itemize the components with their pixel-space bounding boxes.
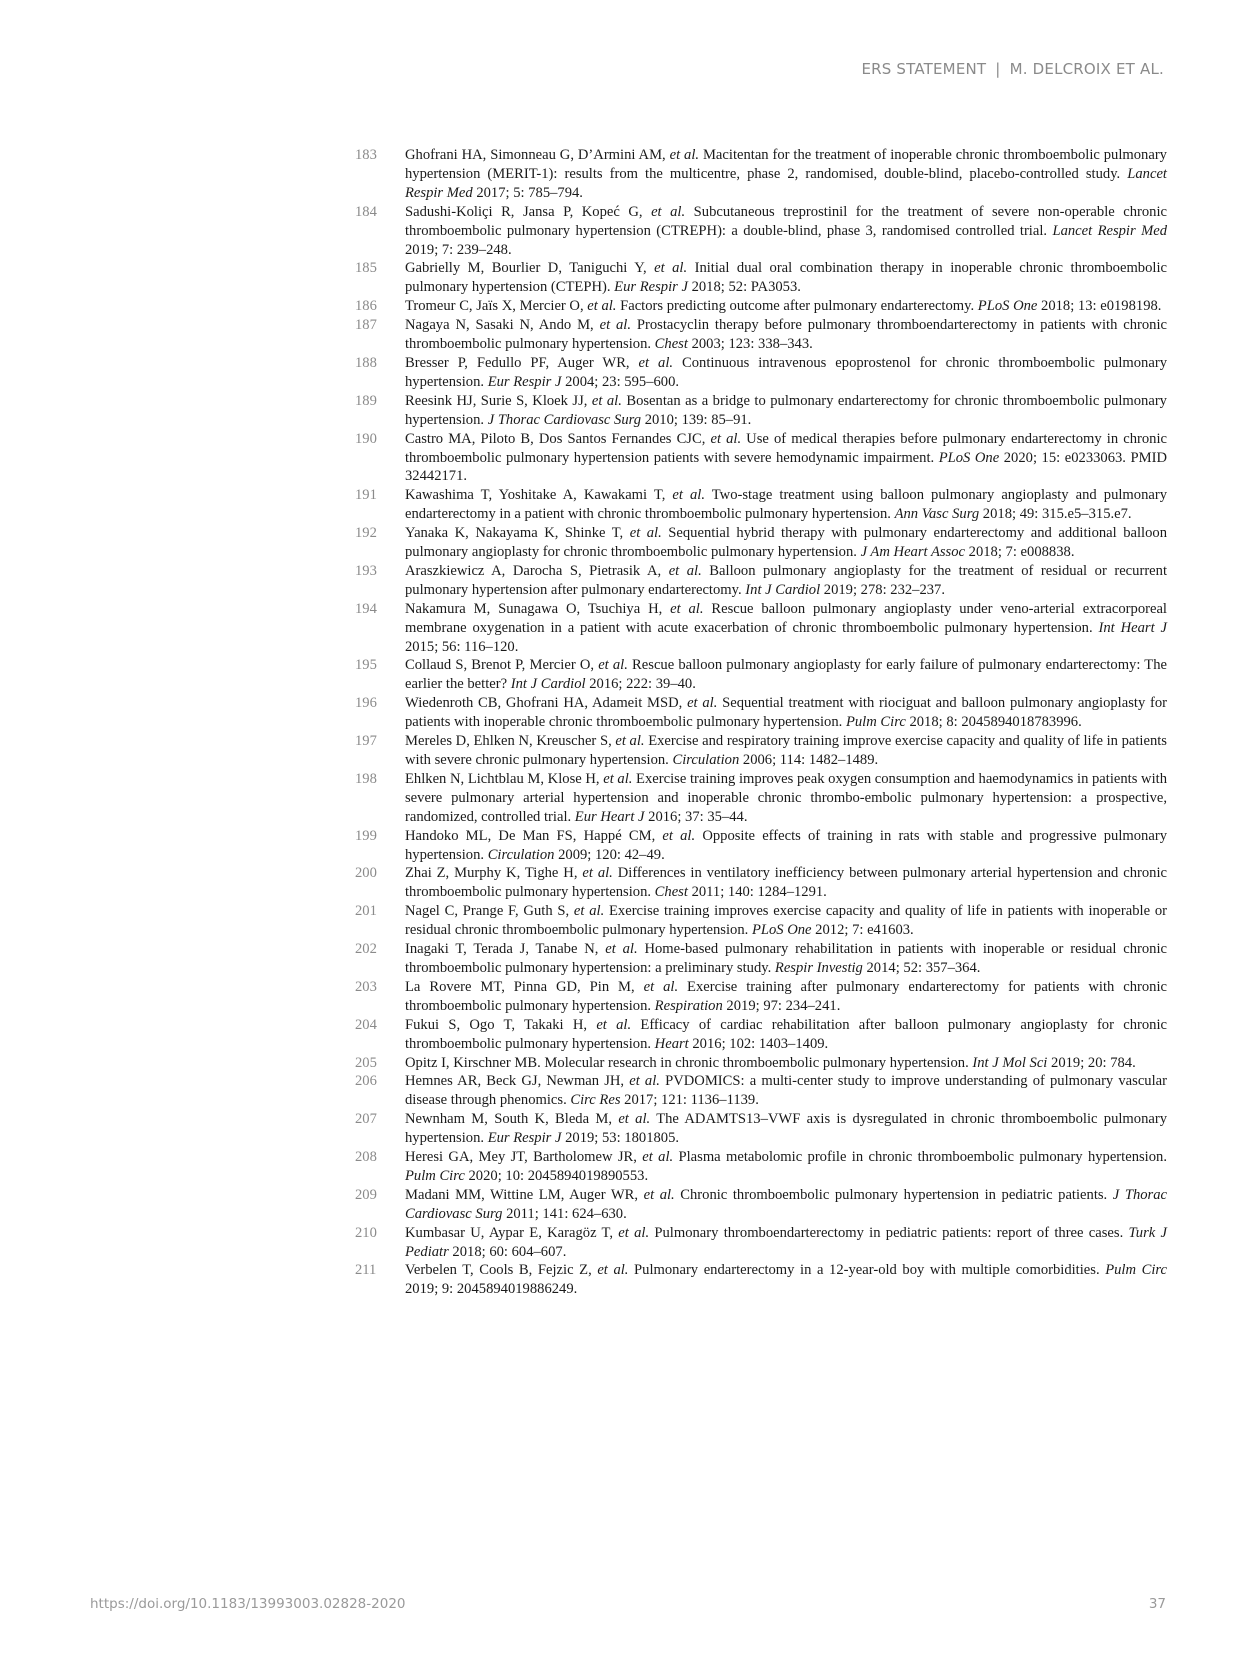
reference-et-al: et al.	[574, 903, 604, 919]
reference-et-al: et al.	[582, 865, 612, 881]
reference-et-al: et al.	[587, 298, 616, 314]
reference-journal: J Thorac Cardiovasc Surg	[488, 412, 641, 428]
header-section-label: ERS STATEMENT	[861, 60, 986, 78]
reference-number: 193	[355, 562, 405, 600]
reference-authors: Araszkiewicz A, Darocha S, Pietrasik A,	[405, 563, 669, 579]
reference-item: 206Hemnes AR, Beck GJ, Newman JH, et al.…	[355, 1072, 1167, 1110]
running-header: ERS STATEMENT|M. DELCROIX ET AL.	[861, 60, 1164, 78]
reference-et-al: et al.	[651, 204, 685, 220]
reference-item: 210Kumbasar U, Aypar E, Karagöz T, et al…	[355, 1224, 1167, 1262]
reference-authors: Wiedenroth CB, Ghofrani HA, Adameit MSD,	[405, 695, 687, 711]
reference-journal: Lancet Respir Med	[1052, 223, 1167, 239]
reference-et-al: et al.	[639, 355, 674, 371]
reference-citation: 2019; 278: 232–237.	[820, 582, 945, 598]
reference-et-al: et al.	[687, 695, 717, 711]
reference-citation: 2018; 49: 315.e5–315.e7.	[979, 506, 1131, 522]
reference-number: 210	[355, 1224, 405, 1262]
reference-item: 195Collaud S, Brenot P, Mercier O, et al…	[355, 656, 1167, 694]
reference-journal: Pulm Circ	[405, 1168, 465, 1184]
reference-citation: 2011; 140: 1284–1291.	[688, 884, 827, 900]
reference-text: Zhai Z, Murphy K, Tighe H, et al. Differ…	[405, 864, 1167, 902]
reference-citation: 2018; 52: PA3053.	[688, 279, 801, 295]
reference-citation: 2009; 120: 42–49.	[554, 847, 664, 863]
reference-citation: 2019; 53: 1801805.	[561, 1130, 679, 1146]
reference-citation: 2018; 8: 2045894018783996.	[906, 714, 1082, 730]
reference-journal: Eur Respir J	[488, 1130, 562, 1146]
reference-text: Sadushi-Koliçi R, Jansa P, Kopeć G, et a…	[405, 203, 1167, 260]
reference-text: Wiedenroth CB, Ghofrani HA, Adameit MSD,…	[405, 694, 1167, 732]
reference-journal: Circulation	[488, 847, 555, 863]
reference-item: 201Nagel C, Prange F, Guth S, et al. Exe…	[355, 902, 1167, 940]
reference-title: Molecular research in chronic thromboemb…	[541, 1055, 973, 1071]
reference-et-al: et al.	[644, 979, 678, 995]
reference-journal: Pulm Circ	[1105, 1262, 1167, 1278]
reference-authors: Kawashima T, Yoshitake A, Kawakami T,	[405, 487, 672, 503]
reference-journal: Chest	[655, 336, 688, 352]
reference-text: Heresi GA, Mey JT, Bartholomew JR, et al…	[405, 1148, 1167, 1186]
reference-citation: 2016; 222: 39–40.	[586, 676, 696, 692]
reference-item: 205Opitz I, Kirschner MB. Molecular rese…	[355, 1054, 1167, 1073]
reference-authors: Kumbasar U, Aypar E, Karagöz T,	[405, 1225, 618, 1241]
reference-citation: 2006; 114: 1482–1489.	[739, 752, 878, 768]
reference-text: Kawashima T, Yoshitake A, Kawakami T, et…	[405, 486, 1167, 524]
reference-number: 184	[355, 203, 405, 260]
reference-authors: Fukui S, Ogo T, Takaki H,	[405, 1017, 596, 1033]
reference-journal: Chest	[655, 884, 688, 900]
reference-citation: 2019; 7: 239–248.	[405, 242, 512, 258]
reference-number: 192	[355, 524, 405, 562]
reference-title: Factors predicting outcome after pulmona…	[616, 298, 977, 314]
reference-journal: Ann Vasc Surg	[895, 506, 980, 522]
reference-authors: Ghofrani HA, Simonneau G, D’Armini AM,	[405, 147, 670, 163]
reference-journal: PLoS One	[939, 450, 1000, 466]
reference-journal: Pulm Circ	[846, 714, 906, 730]
reference-et-al: et al.	[615, 733, 644, 749]
reference-journal: Circulation	[672, 752, 739, 768]
reference-item: 191Kawashima T, Yoshitake A, Kawakami T,…	[355, 486, 1167, 524]
reference-number: 209	[355, 1186, 405, 1224]
reference-citation: 2004; 23: 595–600.	[561, 374, 679, 390]
reference-citation: 2016; 37: 35–44.	[645, 809, 748, 825]
reference-text: Nagaya N, Sasaki N, Ando M, et al. Prost…	[405, 316, 1167, 354]
reference-number: 195	[355, 656, 405, 694]
reference-et-al: et al.	[598, 657, 628, 673]
reference-item: 202Inagaki T, Terada J, Tanabe N, et al.…	[355, 940, 1167, 978]
reference-citation: 2016; 102: 1403–1409.	[689, 1036, 828, 1052]
reference-text: Nakamura M, Sunagawa O, Tsuchiya H, et a…	[405, 600, 1167, 657]
reference-item: 185Gabrielly M, Bourlier D, Taniguchi Y,…	[355, 259, 1167, 297]
reference-authors: Gabrielly M, Bourlier D, Taniguchi Y,	[405, 260, 654, 276]
reference-citation: 2019; 20: 784.	[1047, 1055, 1135, 1071]
reference-citation: 2003; 123: 338–343.	[688, 336, 813, 352]
reference-authors: Tromeur C, Jaïs X, Mercier O,	[405, 298, 587, 314]
reference-number: 186	[355, 297, 405, 316]
reference-number: 206	[355, 1072, 405, 1110]
reference-title: Pulmonary thromboendarterectomy in pedia…	[649, 1225, 1128, 1241]
reference-et-al: et al.	[597, 1262, 628, 1278]
reference-number: 191	[355, 486, 405, 524]
reference-et-al: et al.	[654, 260, 687, 276]
reference-journal: Respiration	[655, 998, 723, 1014]
reference-number: 201	[355, 902, 405, 940]
reference-item: 193Araszkiewicz A, Darocha S, Pietrasik …	[355, 562, 1167, 600]
reference-authors: Ehlken N, Lichtblau M, Klose H,	[405, 771, 603, 787]
reference-number: 194	[355, 600, 405, 657]
reference-number: 185	[355, 259, 405, 297]
reference-number: 202	[355, 940, 405, 978]
reference-title: Pulmonary endarterectomy in a 12-year-ol…	[628, 1262, 1105, 1278]
reference-authors: La Rovere MT, Pinna GD, Pin M,	[405, 979, 644, 995]
reference-authors: Hemnes AR, Beck GJ, Newman JH,	[405, 1073, 629, 1089]
reference-citation: 2018; 13: e0198198.	[1037, 298, 1161, 314]
reference-text: Verbelen T, Cools B, Fejzic Z, et al. Pu…	[405, 1261, 1167, 1299]
reference-et-al: et al.	[603, 771, 632, 787]
reference-item: 188Bresser P, Fedullo PF, Auger WR, et a…	[355, 354, 1167, 392]
reference-number: 189	[355, 392, 405, 430]
reference-authors: Collaud S, Brenot P, Mercier O,	[405, 657, 598, 673]
reference-citation: 2011; 141: 624–630.	[502, 1206, 626, 1222]
reference-text: Inagaki T, Terada J, Tanabe N, et al. Ho…	[405, 940, 1167, 978]
reference-item: 204Fukui S, Ogo T, Takaki H, et al. Effi…	[355, 1016, 1167, 1054]
reference-journal: Circ Res	[570, 1092, 620, 1108]
reference-text: Mereles D, Ehlken N, Kreuscher S, et al.…	[405, 732, 1167, 770]
reference-text: Castro MA, Piloto B, Dos Santos Fernande…	[405, 430, 1167, 487]
reference-citation: 2018; 60: 604–607.	[449, 1244, 567, 1260]
header-authors: M. DELCROIX ET AL.	[1010, 60, 1164, 78]
reference-number: 196	[355, 694, 405, 732]
reference-item: 189Reesink HJ, Surie S, Kloek JJ, et al.…	[355, 392, 1167, 430]
doi-link[interactable]: https://doi.org/10.1183/13993003.02828-2…	[90, 1596, 406, 1612]
reference-authors: Castro MA, Piloto B, Dos Santos Fernande…	[405, 431, 710, 447]
reference-item: 186Tromeur C, Jaïs X, Mercier O, et al. …	[355, 297, 1167, 316]
reference-et-al: et al.	[710, 431, 741, 447]
reference-citation: 2014; 52: 357–364.	[863, 960, 981, 976]
reference-journal: Eur Heart J	[575, 809, 645, 825]
reference-authors: Mereles D, Ehlken N, Kreuscher S,	[405, 733, 615, 749]
reference-citation: 2019; 97: 234–241.	[723, 998, 841, 1014]
reference-authors: Zhai Z, Murphy K, Tighe H,	[405, 865, 582, 881]
reference-citation: 2017; 121: 1136–1139.	[621, 1092, 759, 1108]
reference-et-al: et al.	[670, 147, 699, 163]
reference-authors: Yanaka K, Nakayama K, Shinke T,	[405, 525, 630, 541]
reference-et-al: et al.	[644, 1187, 675, 1203]
reference-number: 208	[355, 1148, 405, 1186]
reference-number: 211	[355, 1261, 405, 1299]
reference-number: 188	[355, 354, 405, 392]
reference-text: Araszkiewicz A, Darocha S, Pietrasik A, …	[405, 562, 1167, 600]
reference-citation: 2019; 9: 2045894019886249.	[405, 1281, 577, 1297]
reference-number: 199	[355, 827, 405, 865]
reference-journal: Int Heart J	[1099, 620, 1167, 636]
reference-authors: Sadushi-Koliçi R, Jansa P, Kopeć G,	[405, 204, 651, 220]
reference-item: 194Nakamura M, Sunagawa O, Tsuchiya H, e…	[355, 600, 1167, 657]
reference-et-al: et al.	[670, 601, 703, 617]
reference-et-al: et al.	[642, 1149, 673, 1165]
reference-journal: Respir Investig	[775, 960, 863, 976]
reference-journal: Int J Cardiol	[511, 676, 586, 692]
reference-item: 200Zhai Z, Murphy K, Tighe H, et al. Dif…	[355, 864, 1167, 902]
reference-et-al: et al.	[618, 1111, 650, 1127]
reference-citation: 2017; 5: 785–794.	[473, 185, 583, 201]
reference-number: 200	[355, 864, 405, 902]
reference-item: 190Castro MA, Piloto B, Dos Santos Ferna…	[355, 430, 1167, 487]
reference-text: Gabrielly M, Bourlier D, Taniguchi Y, et…	[405, 259, 1167, 297]
reference-item: 211Verbelen T, Cools B, Fejzic Z, et al.…	[355, 1261, 1167, 1299]
reference-journal: Eur Respir J	[488, 374, 562, 390]
reference-number: 203	[355, 978, 405, 1016]
reference-et-al: et al.	[596, 1017, 631, 1033]
reference-item: 198Ehlken N, Lichtblau M, Klose H, et al…	[355, 770, 1167, 827]
reference-number: 207	[355, 1110, 405, 1148]
reference-number: 198	[355, 770, 405, 827]
reference-journal: PLoS One	[752, 922, 812, 938]
reference-journal: Int J Cardiol	[745, 582, 820, 598]
reference-text: Yanaka K, Nakayama K, Shinke T, et al. S…	[405, 524, 1167, 562]
reference-text: Madani MM, Wittine LM, Auger WR, et al. …	[405, 1186, 1167, 1224]
reference-text: Ehlken N, Lichtblau M, Klose H, et al. E…	[405, 770, 1167, 827]
reference-text: La Rovere MT, Pinna GD, Pin M, et al. Ex…	[405, 978, 1167, 1016]
reference-item: 197Mereles D, Ehlken N, Kreuscher S, et …	[355, 732, 1167, 770]
reference-journal: Int J Mol Sci	[972, 1055, 1047, 1071]
reference-et-al: et al.	[629, 1073, 660, 1089]
reference-item: 199Handoko ML, De Man FS, Happé CM, et a…	[355, 827, 1167, 865]
reference-number: 190	[355, 430, 405, 487]
reference-citation: 2010; 139: 85–91.	[641, 412, 751, 428]
reference-text: Opitz I, Kirschner MB. Molecular researc…	[405, 1054, 1167, 1073]
reference-authors: Nagaya N, Sasaki N, Ando M,	[405, 317, 600, 333]
reference-item: 203La Rovere MT, Pinna GD, Pin M, et al.…	[355, 978, 1167, 1016]
reference-number: 205	[355, 1054, 405, 1073]
reference-number: 204	[355, 1016, 405, 1054]
reference-et-al: et al.	[605, 941, 637, 957]
reference-text: Fukui S, Ogo T, Takaki H, et al. Efficac…	[405, 1016, 1167, 1054]
reference-citation: 2015; 56: 116–120.	[405, 639, 518, 655]
reference-number: 197	[355, 732, 405, 770]
reference-authors: Bresser P, Fedullo PF, Auger WR,	[405, 355, 639, 371]
reference-journal: Eur Respir J	[614, 279, 688, 295]
reference-et-al: et al.	[669, 563, 702, 579]
reference-et-al: et al.	[630, 525, 662, 541]
reference-text: Reesink HJ, Surie S, Kloek JJ, et al. Bo…	[405, 392, 1167, 430]
reference-et-al: et al.	[672, 487, 705, 503]
reference-title: Chronic thromboembolic pulmonary hyperte…	[675, 1187, 1113, 1203]
reference-et-al: et al.	[592, 393, 622, 409]
reference-citation: 2018; 7: e008838.	[965, 544, 1074, 560]
reference-authors: Madani MM, Wittine LM, Auger WR,	[405, 1187, 644, 1203]
reference-text: Newnham M, South K, Bleda M, et al. The …	[405, 1110, 1167, 1148]
reference-authors: Opitz I, Kirschner MB.	[405, 1055, 541, 1071]
reference-journal: Heart	[655, 1036, 689, 1052]
reference-item: 192Yanaka K, Nakayama K, Shinke T, et al…	[355, 524, 1167, 562]
reference-et-al: et al.	[618, 1225, 649, 1241]
reference-item: 187Nagaya N, Sasaki N, Ando M, et al. Pr…	[355, 316, 1167, 354]
reference-authors: Nakamura M, Sunagawa O, Tsuchiya H,	[405, 601, 670, 617]
reference-authors: Inagaki T, Terada J, Tanabe N,	[405, 941, 605, 957]
reference-authors: Newnham M, South K, Bleda M,	[405, 1111, 618, 1127]
reference-item: 183Ghofrani HA, Simonneau G, D’Armini AM…	[355, 146, 1167, 203]
reference-title: Plasma metabolomic profile in chronic th…	[673, 1149, 1167, 1165]
reference-item: 196Wiedenroth CB, Ghofrani HA, Adameit M…	[355, 694, 1167, 732]
reference-text: Tromeur C, Jaïs X, Mercier O, et al. Fac…	[405, 297, 1167, 316]
reference-authors: Nagel C, Prange F, Guth S,	[405, 903, 574, 919]
reference-number: 187	[355, 316, 405, 354]
reference-authors: Reesink HJ, Surie S, Kloek JJ,	[405, 393, 592, 409]
reference-journal: PLoS One	[978, 298, 1038, 314]
reference-item: 208Heresi GA, Mey JT, Bartholomew JR, et…	[355, 1148, 1167, 1186]
reference-text: Ghofrani HA, Simonneau G, D’Armini AM, e…	[405, 146, 1167, 203]
reference-citation: 2020; 10: 2045894019890553.	[465, 1168, 648, 1184]
reference-authors: Heresi GA, Mey JT, Bartholomew JR,	[405, 1149, 642, 1165]
reference-item: 207Newnham M, South K, Bleda M, et al. T…	[355, 1110, 1167, 1148]
reference-authors: Verbelen T, Cools B, Fejzic Z,	[405, 1262, 597, 1278]
reference-text: Kumbasar U, Aypar E, Karagöz T, et al. P…	[405, 1224, 1167, 1262]
reference-text: Nagel C, Prange F, Guth S, et al. Exerci…	[405, 902, 1167, 940]
reference-text: Bresser P, Fedullo PF, Auger WR, et al. …	[405, 354, 1167, 392]
reference-list: 183Ghofrani HA, Simonneau G, D’Armini AM…	[355, 146, 1167, 1299]
reference-text: Hemnes AR, Beck GJ, Newman JH, et al. PV…	[405, 1072, 1167, 1110]
header-separator: |	[995, 60, 1000, 78]
reference-item: 184Sadushi-Koliçi R, Jansa P, Kopeć G, e…	[355, 203, 1167, 260]
reference-number: 183	[355, 146, 405, 203]
reference-et-al: et al.	[662, 828, 695, 844]
reference-journal: J Am Heart Assoc	[861, 544, 965, 560]
reference-item: 209Madani MM, Wittine LM, Auger WR, et a…	[355, 1186, 1167, 1224]
reference-citation: 2012; 7: e41603.	[812, 922, 914, 938]
reference-text: Collaud S, Brenot P, Mercier O, et al. R…	[405, 656, 1167, 694]
reference-et-al: et al.	[600, 317, 631, 333]
reference-authors: Handoko ML, De Man FS, Happé CM,	[405, 828, 662, 844]
reference-text: Handoko ML, De Man FS, Happé CM, et al. …	[405, 827, 1167, 865]
page-number: 37	[1149, 1596, 1166, 1612]
